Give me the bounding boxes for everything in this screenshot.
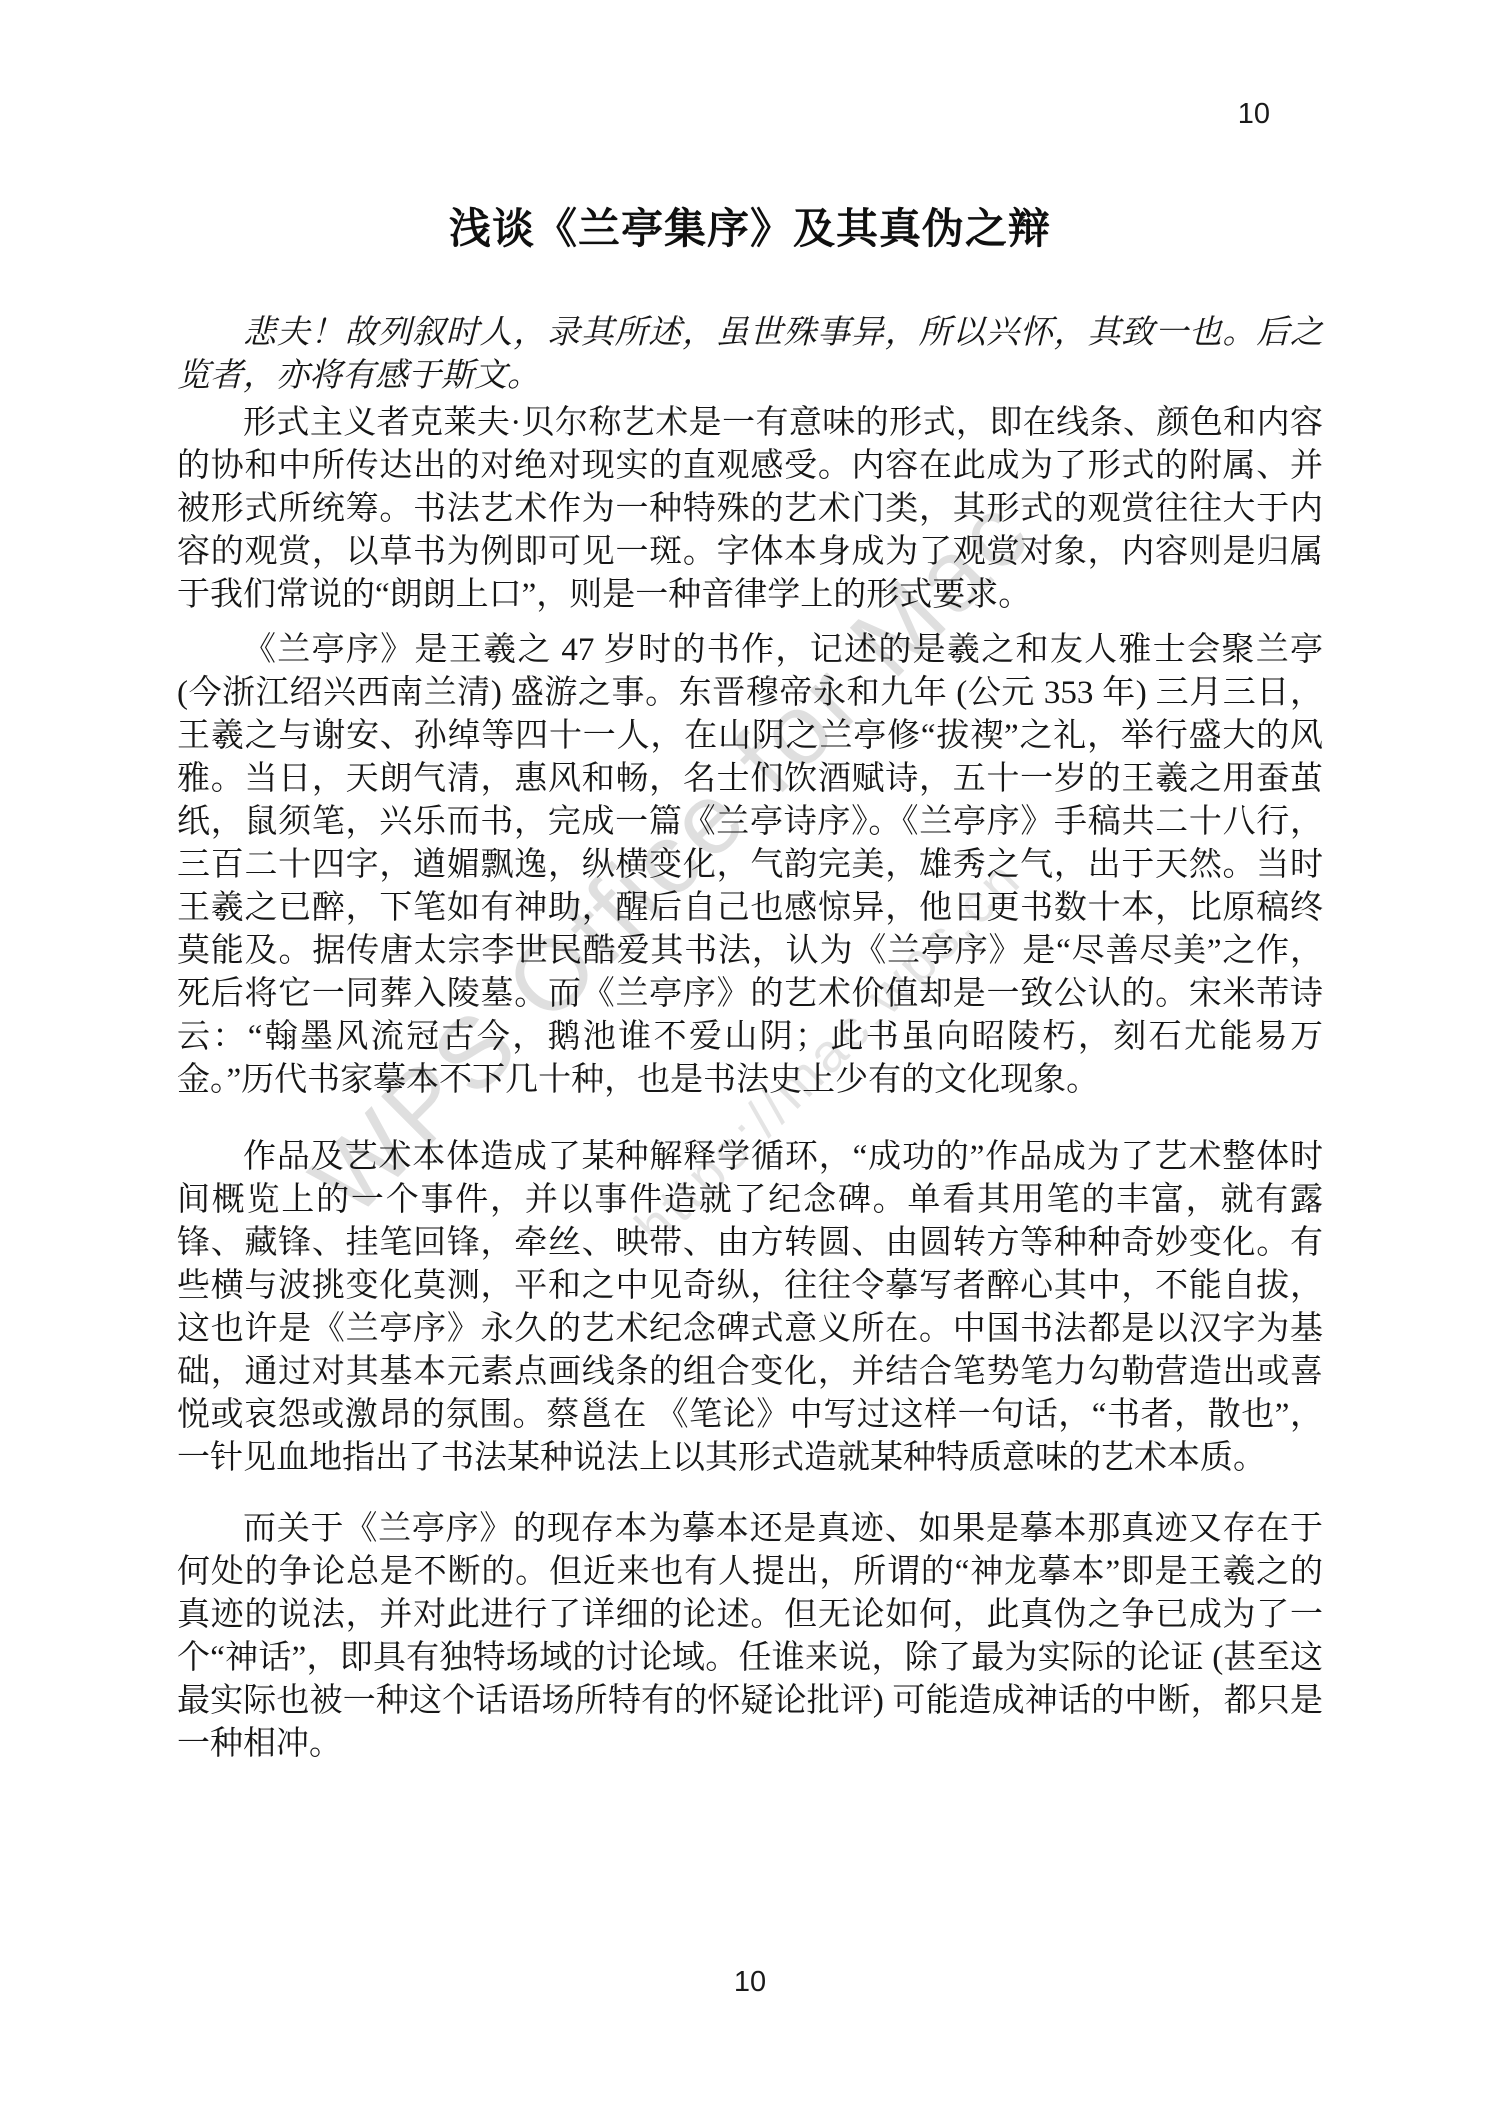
page-number-top: 10 [1238, 98, 1270, 131]
body-paragraph-4: 而关于《兰亭序》的现存本为摹本还是真迹、如果是摹本那真迹又存在于何处的争论总是不… [177, 1508, 1323, 1766]
page-number-bottom: 10 [0, 1966, 1500, 1999]
body-paragraph-2: 《兰亭序》是王羲之 47 岁时的书作，记述的是羲之和友人雅士会聚兰亭 (今浙江绍… [177, 629, 1323, 1102]
body-paragraph-3: 作品及艺术本体造成了某种解释学循环，“成功的”作品成为了艺术整体时间概览上的一个… [177, 1136, 1323, 1480]
body-paragraph-1: 形式主义者克莱夫·贝尔称艺术是一有意味的形式，即在线条、颜色和内容的协和中所传达… [177, 402, 1323, 617]
page-title: 浅谈《兰亭集序》及其真伪之辩 [177, 196, 1323, 256]
document-content: 浅谈《兰亭集序》及其真伪之辩 悲夫！故列叙时人，录其所述，虽世殊事异，所以兴怀，… [177, 196, 1323, 1766]
quote-paragraph: 悲夫！故列叙时人，录其所述，虽世殊事异，所以兴怀，其致一也。后之览者，亦将有感于… [177, 312, 1323, 398]
document-page: WPS Office for Mac https://mac.wps.cn 10… [0, 0, 1500, 2122]
